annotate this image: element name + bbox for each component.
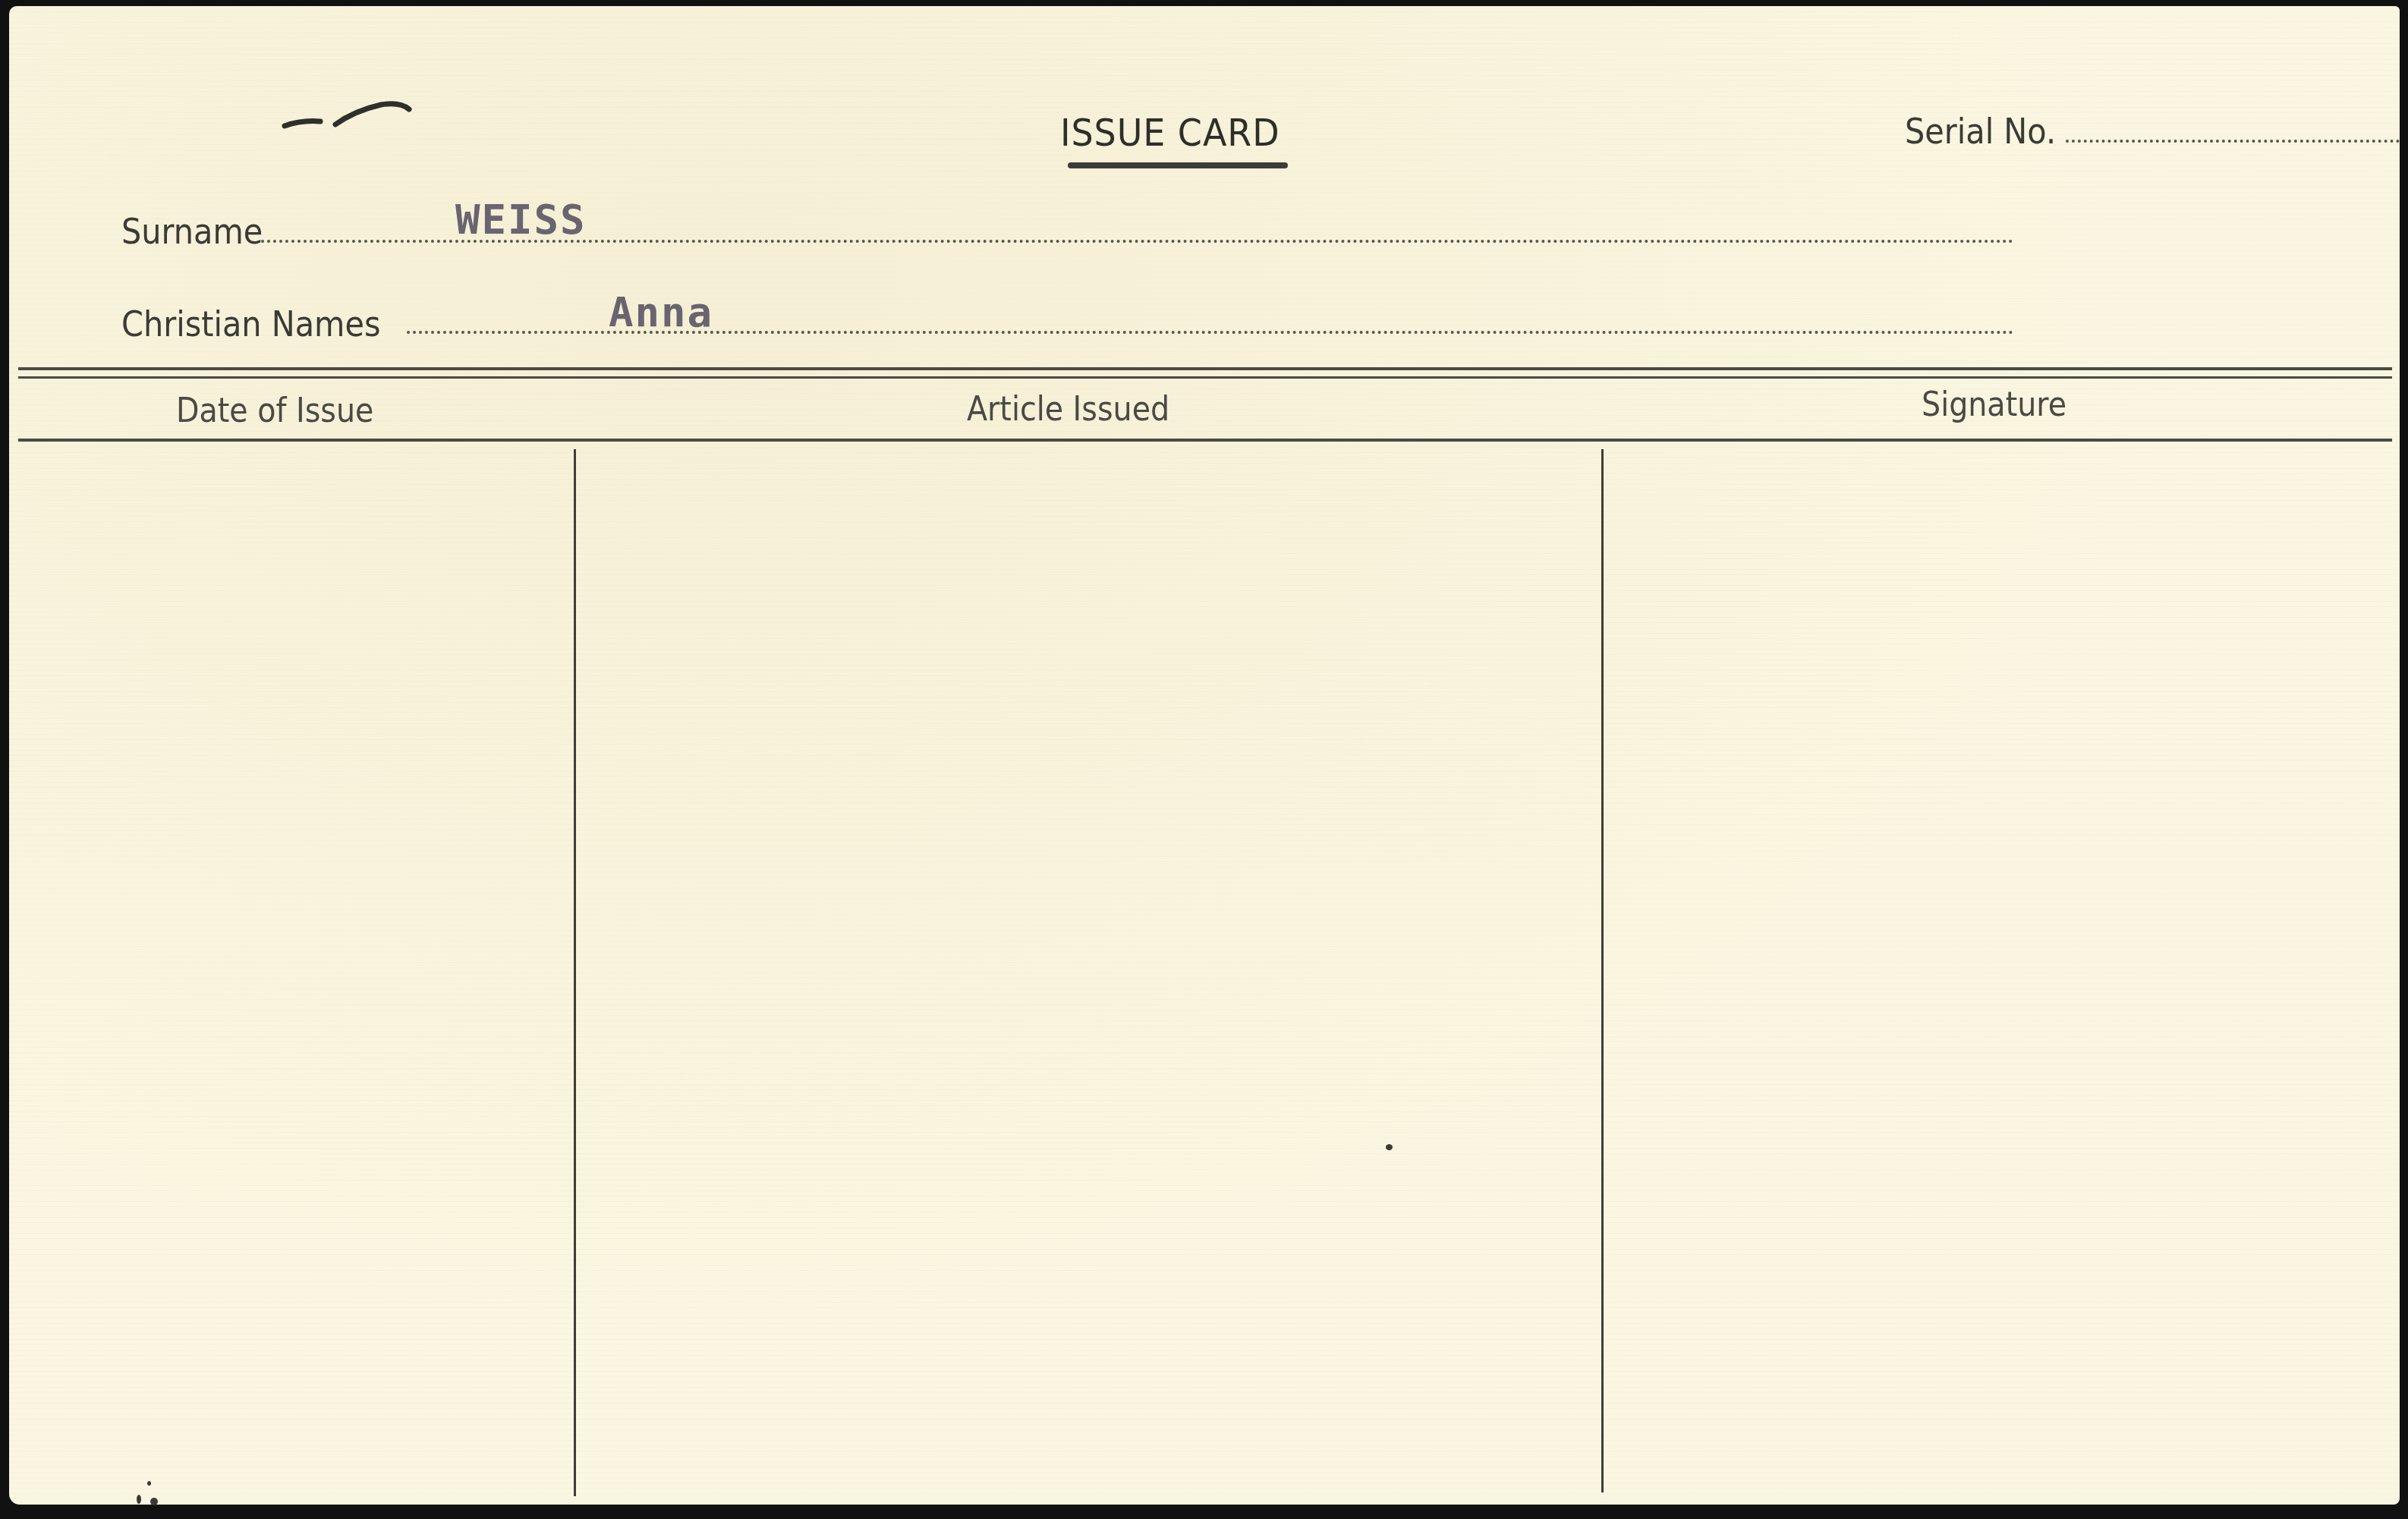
date-column-area[interactable]: [24, 449, 571, 1496]
ink-speck: [1386, 1144, 1393, 1150]
handwritten-mark-icon: [279, 97, 423, 135]
signature-column-area[interactable]: [1606, 449, 2395, 1496]
christian-names-label: Christian Names: [121, 303, 380, 344]
ink-speck: [137, 1495, 141, 1504]
article-column-area[interactable]: [578, 449, 1599, 1496]
ink-speck: [150, 1498, 158, 1505]
column-header-article: Article Issued: [967, 390, 1169, 429]
header-top-rule-2: [18, 376, 2392, 379]
surname-label: Surname: [121, 211, 263, 252]
serial-field[interactable]: [2066, 140, 2400, 143]
header-top-rule: [18, 367, 2392, 370]
column-header-signature: Signature: [1922, 385, 2066, 424]
ink-speck: [147, 1481, 151, 1486]
title-underline: [1068, 162, 1288, 168]
issue-card: ISSUE CARD Serial No. Surname WEISS Chri…: [9, 6, 2400, 1505]
serial-label: Serial No.: [1905, 111, 2056, 152]
surname-value: WEISS: [455, 196, 587, 244]
christian-names-value: Anna: [609, 288, 713, 336]
column-divider-2: [1601, 449, 1604, 1492]
card-title: ISSUE CARD: [1060, 111, 1280, 155]
header-bottom-rule: [18, 439, 2392, 442]
column-divider-1: [574, 449, 576, 1496]
column-header-date: Date of Issue: [176, 392, 373, 430]
